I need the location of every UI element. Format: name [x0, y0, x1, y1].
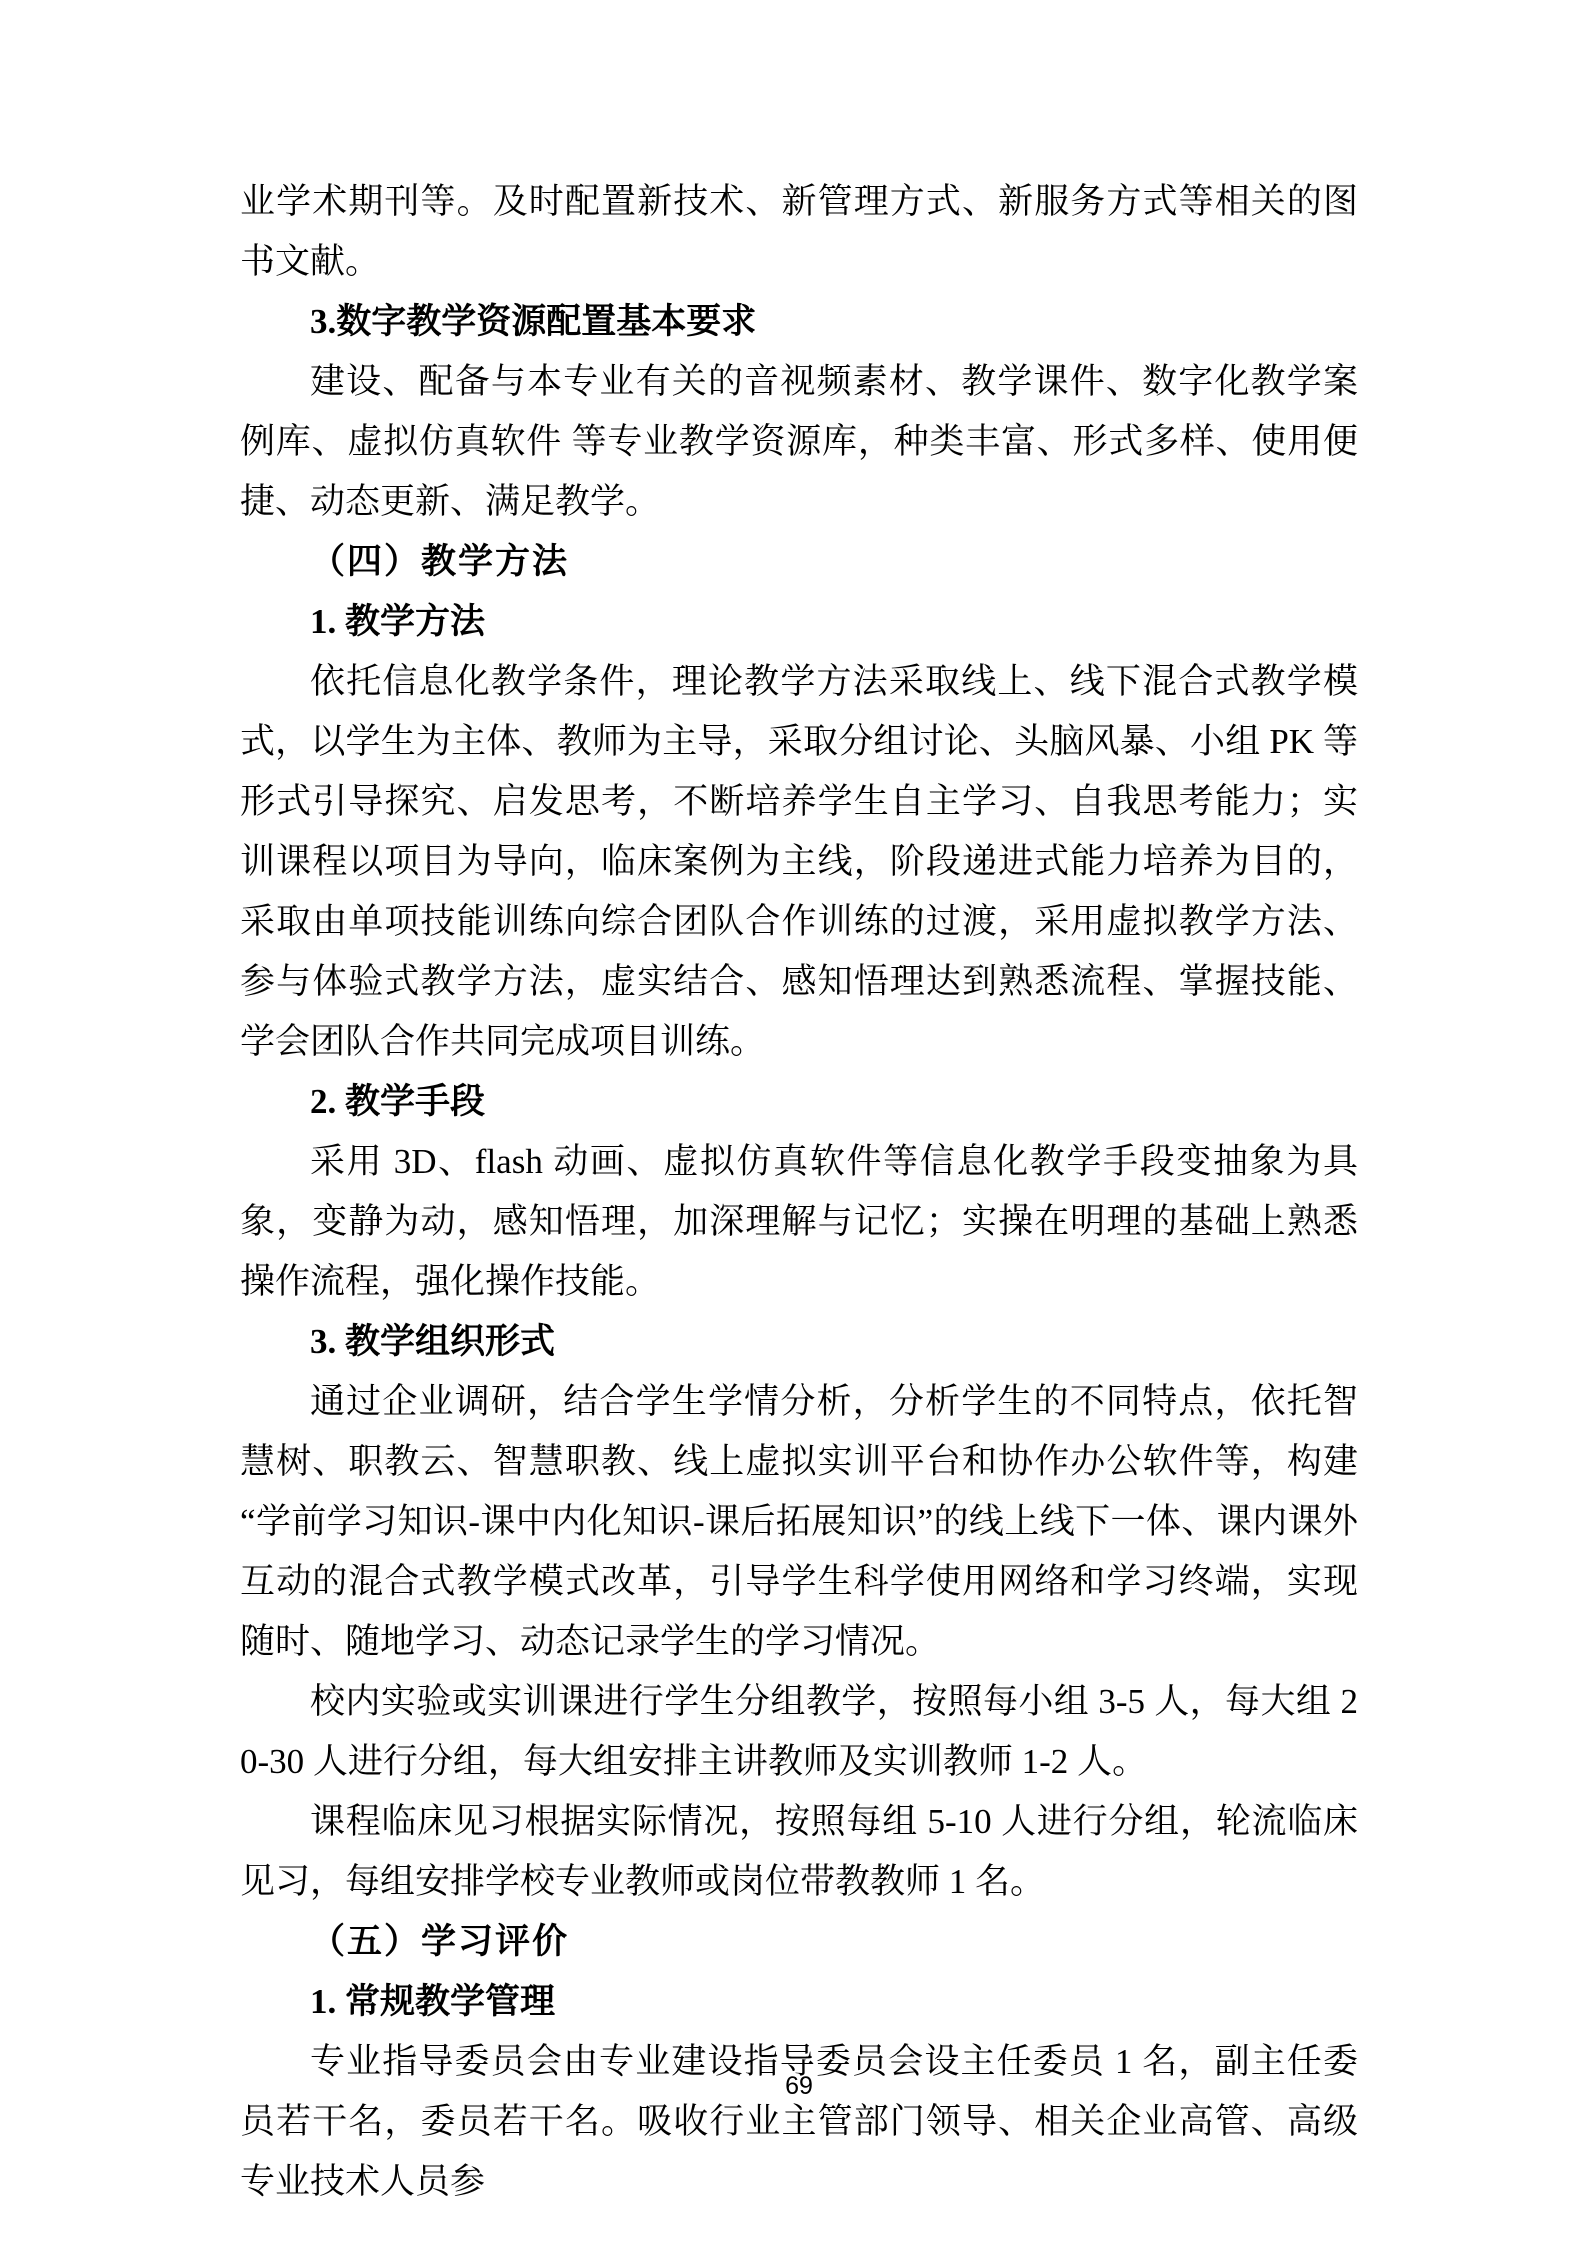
numbered-heading: 3. 教学组织形式 — [240, 1312, 1358, 1372]
numbered-heading: 1. 教学方法 — [240, 592, 1358, 652]
paragraph: 采用 3D、flash 动画、虚拟仿真软件等信息化教学手段变抽象为具象，变静为动… — [240, 1132, 1358, 1312]
numbered-heading: 1. 常规教学管理 — [240, 1972, 1358, 2032]
paragraph: 依托信息化教学条件，理论教学方法采取线上、线下混合式教学模式，以学生为主体、教师… — [240, 652, 1358, 1072]
page-number: 69 — [240, 2070, 1358, 2102]
paragraph: 通过企业调研，结合学生学情分析，分析学生的不同特点，依托智慧树、职教云、智慧职教… — [240, 1372, 1358, 1672]
numbered-heading: 2. 教学手段 — [240, 1072, 1358, 1132]
paragraph: 建设、配备与本专业有关的音视频素材、教学课件、数字化教学案例库、虚拟仿真软件 等… — [240, 352, 1358, 532]
section-heading: （五）学习评价 — [240, 1912, 1358, 1972]
numbered-heading: 3.数字教学资源配置基本要求 — [240, 292, 1358, 352]
paragraph: 业学术期刊等。及时配置新技术、新管理方式、新服务方式等相关的图书文献。 — [240, 172, 1358, 292]
paragraph: 校内实验或实训课进行学生分组教学，按照每小组 3-5 人，每大组 20-30 人… — [240, 1672, 1358, 1792]
section-heading: （四）教学方法 — [240, 532, 1358, 592]
document-page: 业学术期刊等。及时配置新技术、新管理方式、新服务方式等相关的图书文献。 3.数字… — [0, 0, 1587, 2245]
document-body: 业学术期刊等。及时配置新技术、新管理方式、新服务方式等相关的图书文献。 3.数字… — [240, 172, 1358, 2212]
paragraph: 课程临床见习根据实际情况，按照每组 5-10 人进行分组，轮流临床见习，每组安排… — [240, 1792, 1358, 1912]
paragraph: 专业指导委员会由专业建设指导委员会设主任委员 1 名，副主任委员若干名，委员若干… — [240, 2032, 1358, 2212]
